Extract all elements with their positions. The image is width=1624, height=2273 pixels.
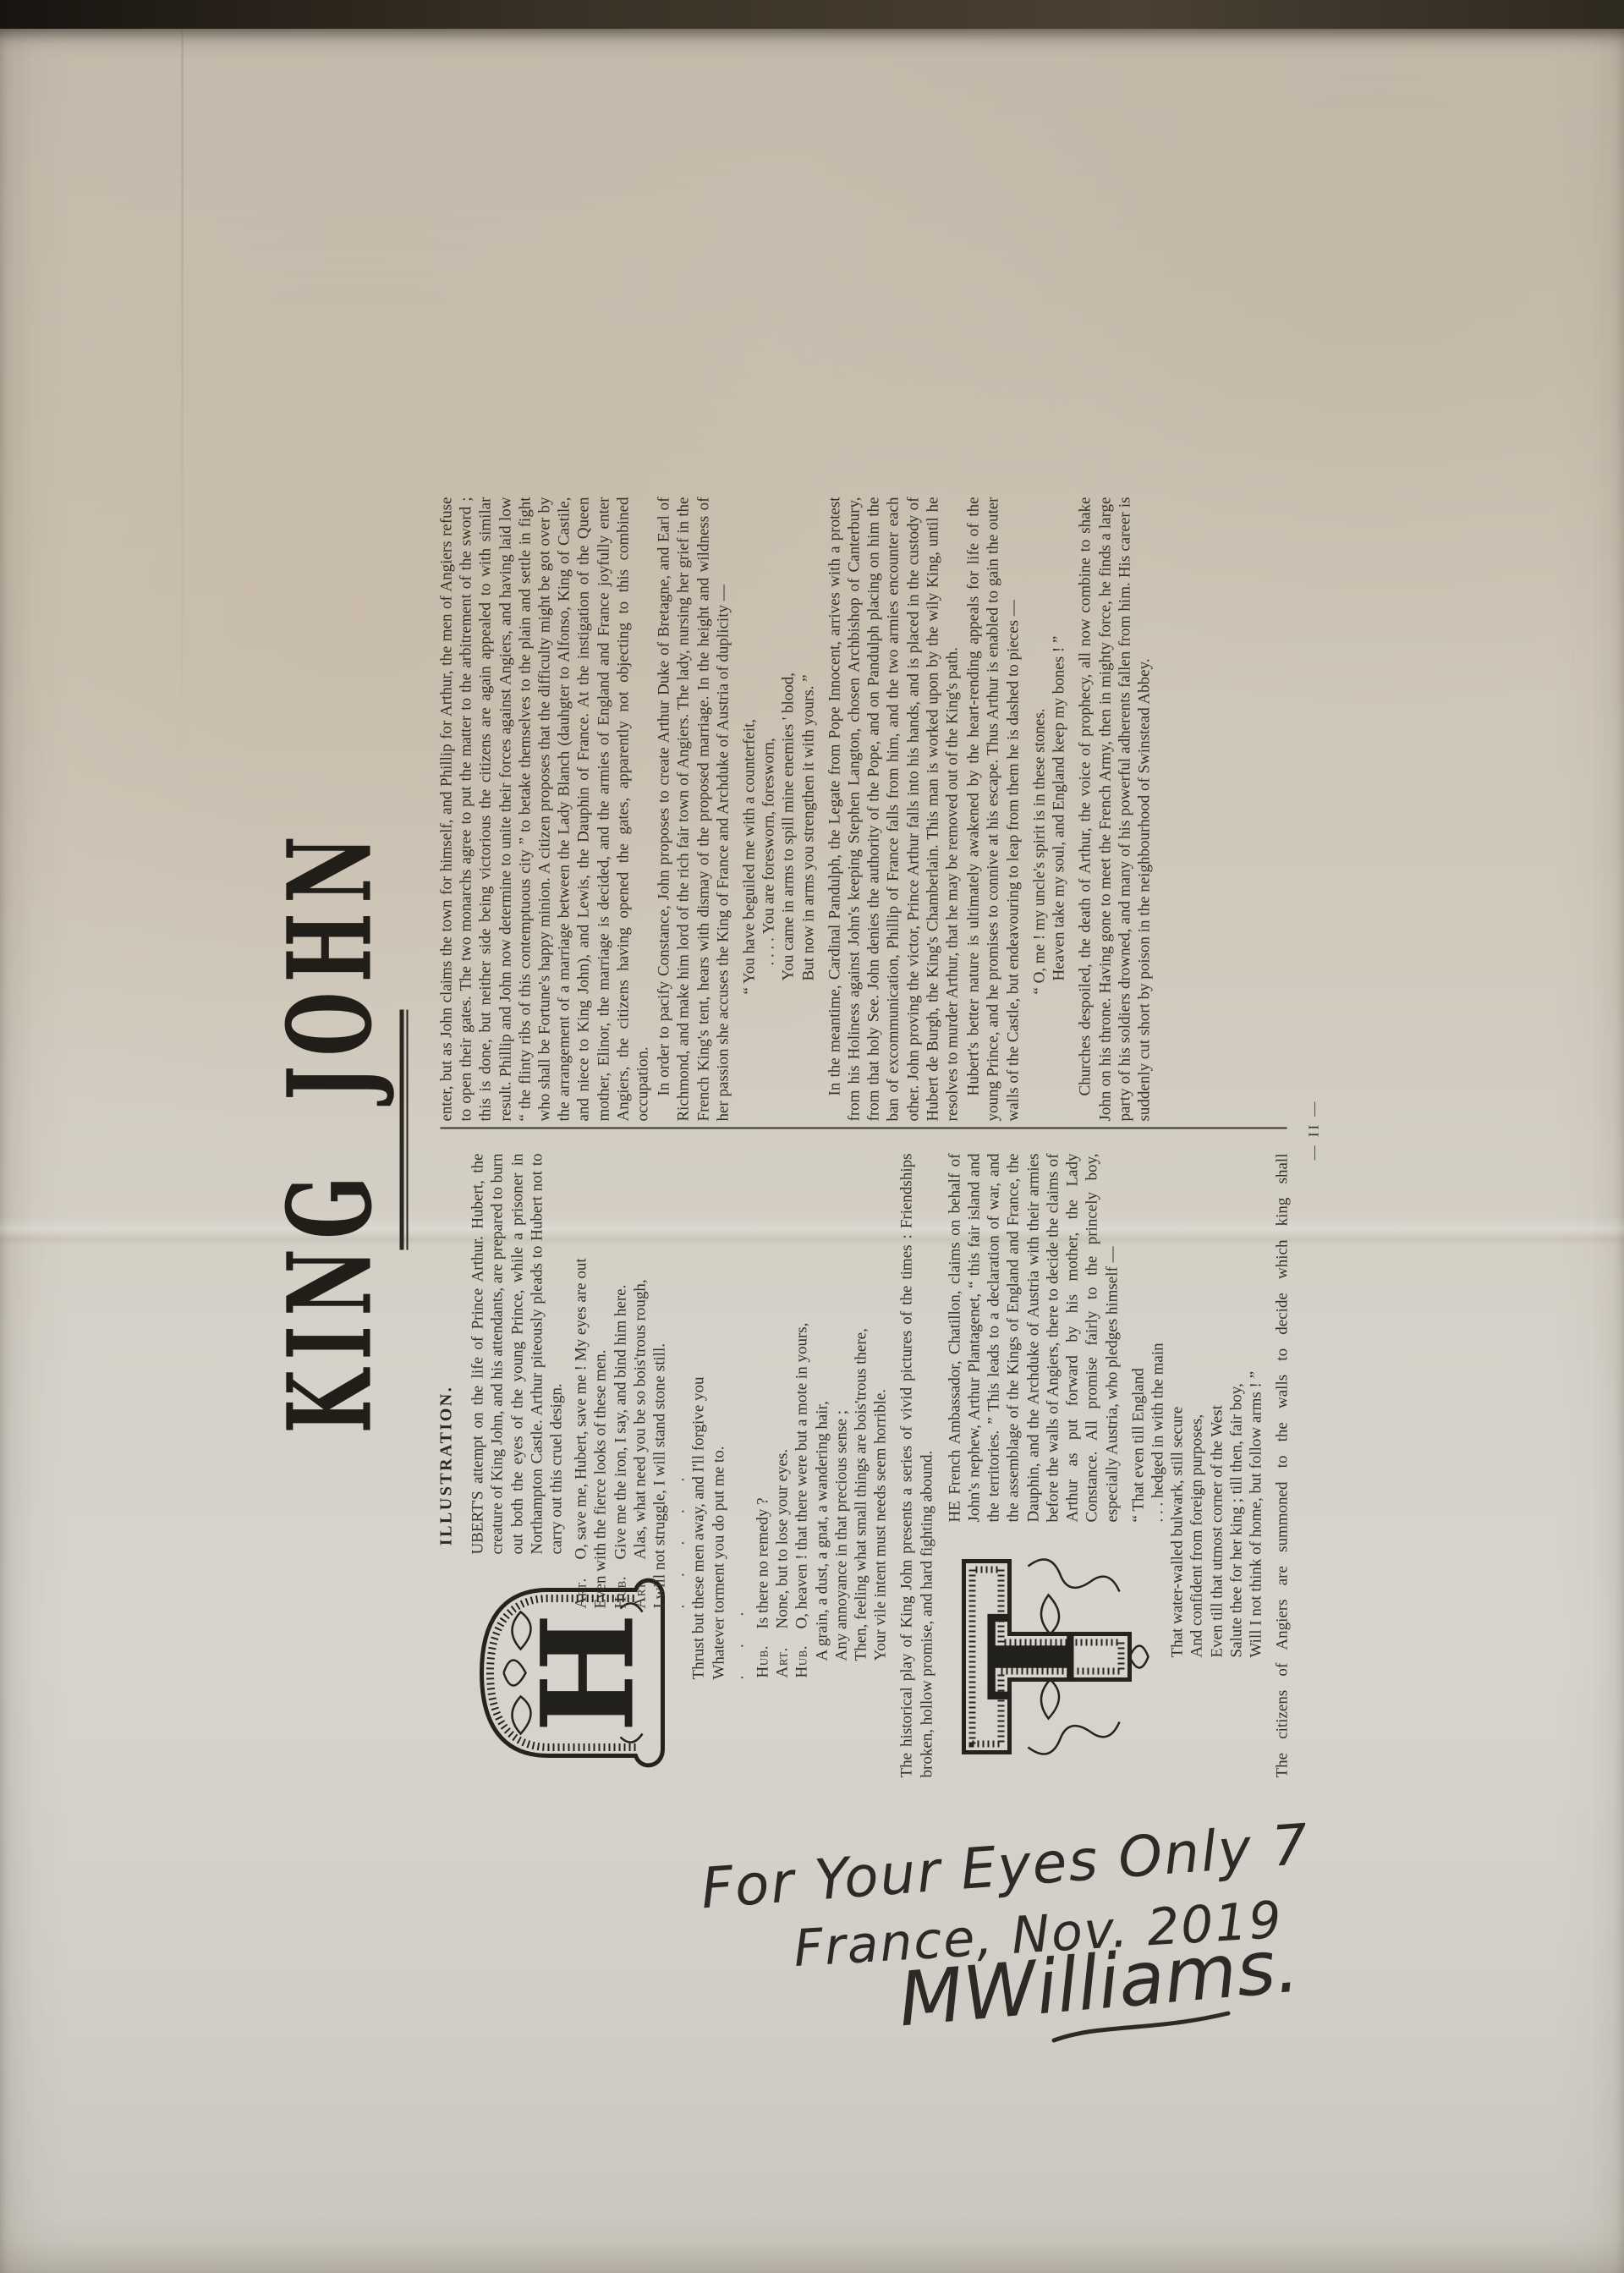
dialogue-row: Any annoyance in that precious sense ; — [831, 1154, 851, 1678]
column-right: enter, but as John claims the town for h… — [437, 497, 1292, 1122]
quote-line: And confident from foreign purposes, — [1188, 1154, 1207, 1658]
text-columns: ILLUSTRATION. H UBERT'S attempt on the l… — [437, 482, 1292, 1778]
page-number: — II — — [1306, 482, 1323, 1778]
dialogue-row: A grain, a dust, a gnat, a wandering hai… — [812, 1154, 831, 1678]
dialogue-text: Even with the fierce looks of these men. — [592, 1349, 610, 1608]
quote-line: . . . . You are foresworn, foresworn, — [760, 497, 779, 995]
dialogue-text: None, but to lose your eyes. — [774, 1449, 792, 1629]
dialogue-text: Alas, what need you be so bois'trous rou… — [631, 1279, 649, 1559]
signature-underline-flourish — [1049, 2007, 1235, 2049]
title-rule-thick — [400, 1010, 404, 1250]
photo-scene: KING JOHN ILLUSTRATION. H — [0, 0, 1624, 2273]
quote-line: Salute thee for her king ; till then, fa… — [1226, 1154, 1246, 1658]
column-left-last-line: The citizens of Angiers are summoned to … — [1273, 1154, 1292, 1778]
paragraph-7: Hubert's better nature is ultimately awa… — [964, 497, 1023, 1122]
dialogue-block-2: Hub.Is there no remedy ? Art.None, but t… — [754, 1154, 891, 1678]
paragraph-4: enter, but as John claims the town for h… — [437, 497, 653, 1122]
dialogue-row: Art.None, but to lose your eyes. — [773, 1154, 793, 1678]
dialogue-row: Hub.O, heaven ! that there were but a mo… — [793, 1154, 812, 1678]
quote-line: Heaven take my soul, and England keep my… — [1050, 497, 1069, 995]
speaker-label: Hub. — [754, 1629, 773, 1678]
title-rule-thin — [407, 1010, 409, 1250]
dialogue-row: Thrust but these men away, and I'll forg… — [689, 1154, 709, 1697]
title-row: KING JOHN — [273, 482, 409, 1778]
quote-block-arthur: “ O, me ! my uncle's spirit is in these … — [1029, 497, 1068, 995]
ornate-initial-t: T — [946, 1536, 1149, 1778]
paragraph-5: In order to pacify Constance, John propo… — [655, 497, 733, 1122]
section-heading: ILLUSTRATION. — [437, 1154, 457, 1778]
dialogue-row: Whatever torment you do put me to. — [709, 1154, 728, 1697]
initial-letter-t: T — [963, 1612, 1102, 1700]
dialogue-text: Is there no remedy ? — [754, 1497, 772, 1628]
dialogue-text: Thrust but these men away, and I'll forg… — [690, 1376, 708, 1679]
speaker-label: Hub. — [611, 1560, 630, 1609]
quote-block-constance: “ You have beguiled me with a counterfei… — [740, 497, 819, 995]
dialogue-text: Then, feeling what small things are bois… — [853, 1328, 870, 1661]
dialogue-text: Give me the iron, I say, and bind him he… — [612, 1285, 629, 1560]
quote-line: “ You have beguiled me with a counterfei… — [740, 497, 760, 995]
dialogue-ellipsis: . . . — [728, 1154, 748, 1697]
page-title: KING JOHN — [273, 826, 388, 1434]
dialogue-text: Any annoyance in that precious sense ; — [832, 1410, 850, 1661]
quote-line: Even till that utmost corner of the West — [1207, 1154, 1226, 1658]
quote-line: You came in arms to spill mine enemies '… — [779, 497, 798, 995]
column-divider-rule — [441, 1128, 1287, 1129]
paragraph-2: The historical play of King John present… — [897, 1154, 936, 1778]
quote-line: But now in arms you strengthen it with y… — [798, 497, 818, 995]
dialogue-ellipsis: . . . . . — [670, 1154, 689, 1697]
paragraph-1-block: H UBERT'S attempt on the life of Prince … — [469, 1154, 749, 1778]
dialogue-text: I will not struggle, I will stand stone … — [651, 1343, 669, 1608]
paragraph-6: In the meantime, Cardinal Pandulph, the … — [825, 497, 962, 1122]
quote-line: . . . hedged in with the main — [1148, 1154, 1167, 1658]
initial-letter-h: H — [514, 1613, 663, 1733]
speaker-label: Hub. — [793, 1629, 812, 1678]
quote-line: That water-walled bulwark, still secure — [1168, 1154, 1188, 1658]
dialogue-text: O, save me, Hubert, save me ! My eyes ar… — [573, 1258, 590, 1559]
dialogue-text: Your vile intent must needs seem horribl… — [872, 1389, 890, 1661]
dialogue-text: Whatever torment you do put me to. — [710, 1447, 727, 1680]
dialogue-row: Hub.Is there no remedy ? — [754, 1154, 773, 1678]
speaker-label: Art. — [773, 1629, 793, 1678]
dialogue-row: Then, feeling what small things are bois… — [852, 1154, 871, 1678]
paragraph-8: Churches despoiled, the death of Arthur,… — [1076, 497, 1155, 1122]
paragraph-3-block: T HE French Ambassador, Chatillon, claim… — [945, 1154, 1122, 1778]
column-left: ILLUSTRATION. H UBERT'S attempt on the l… — [437, 1154, 1292, 1778]
dialogue-text: A grain, a dust, a gnat, a wandering hai… — [813, 1401, 831, 1661]
speaker-label: Art. — [630, 1560, 650, 1609]
dialogue-row: Your vile intent must needs seem horribl… — [871, 1154, 891, 1678]
print-area: KING JOHN ILLUSTRATION. H — [273, 482, 1323, 1778]
dialogue-text: O, heaven ! that there were but a mote i… — [793, 1323, 811, 1629]
quote-line: “ O, me ! my uncle's spirit is in these … — [1029, 497, 1049, 995]
speaker-label: Art. — [572, 1560, 591, 1609]
quote-line: Will I not think of home, but follow arm… — [1246, 1154, 1265, 1658]
